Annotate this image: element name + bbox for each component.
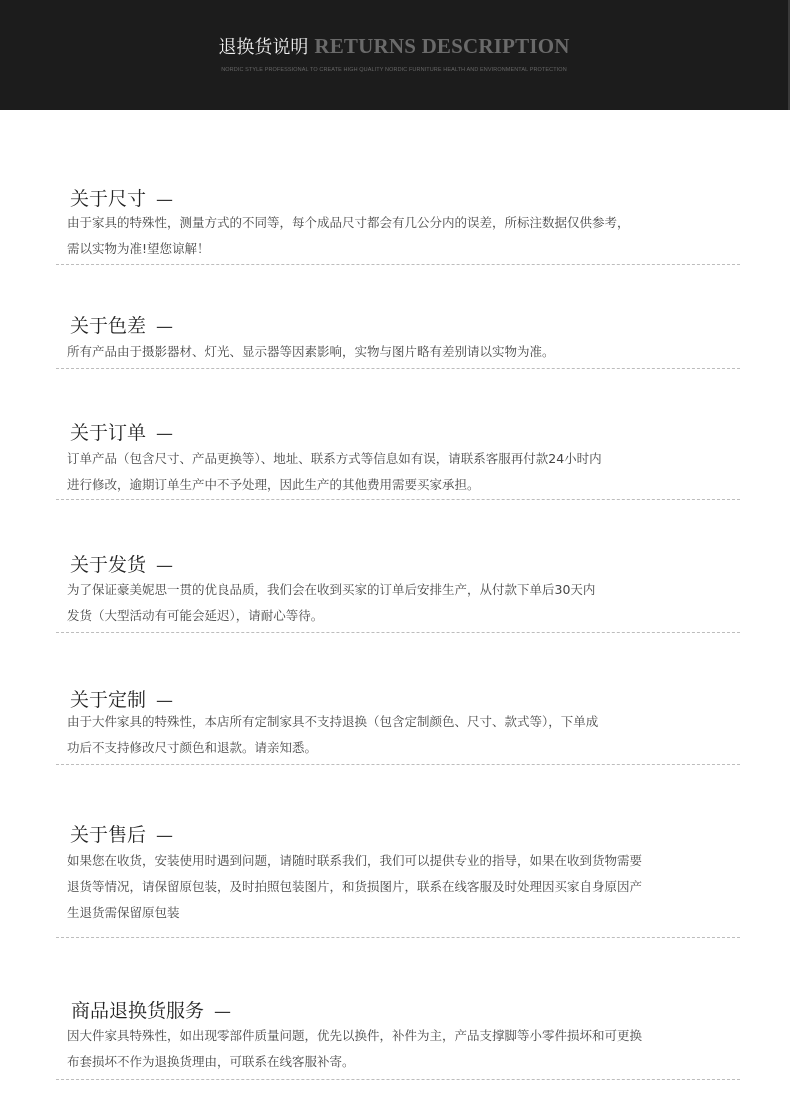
body-line: 发货（大型活动有可能会延迟），请耐心等待。 [67, 603, 747, 629]
title-dash: — [156, 691, 173, 711]
section-body: 由于家具的特殊性，测量方式的不同等，每个成品尺寸都会有几公分内的误差，所标注数据… [67, 210, 747, 262]
body-line: 需以实物为准!望您谅解！ [67, 236, 747, 262]
header-title-cn: 退换货说明 [218, 37, 308, 58]
body-line: 由于家具的特殊性，测量方式的不同等，每个成品尺寸都会有几公分内的误差，所标注数据… [67, 210, 747, 236]
section-divider [56, 1079, 740, 1080]
body-line: 功后不支持修改尺寸颜色和退款。请亲知悉。 [67, 735, 747, 761]
section-title-text: 关于售后 [70, 824, 146, 846]
section-title: 商品退换货服务— [71, 996, 231, 1023]
title-dash: — [156, 556, 173, 576]
header-subtitle: NORDIC STYLE PROFESSIONAL TO CREATE HIGH… [0, 67, 788, 73]
body-line: 为了保证豪美妮思一贯的优良品质，我们会在收到买家的订单后安排生产，从付款下单后3… [67, 577, 747, 603]
page-header: 退换货说明RETURNS DESCRIPTION NORDIC STYLE PR… [0, 0, 790, 110]
section-title-text: 关于色差 [70, 315, 146, 337]
body-line: 退货等情况，请保留原包装，及时拍照包装图片，和货损图片，联系在线客服及时处理因买… [67, 874, 747, 900]
body-line: 由于大件家具的特殊性，本店所有定制家具不支持退换（包含定制颜色、尺寸、款式等），… [67, 709, 747, 735]
body-line: 订单产品（包含尺寸、产品更换等）、地址、联系方式等信息如有误，请联系客服再付款2… [67, 446, 747, 472]
title-dash: — [156, 190, 173, 210]
body-line: 所有产品由于摄影器材、灯光、显示器等因素影响，实物与图片略有差别请以实物为准。 [67, 339, 747, 365]
title-dash: — [156, 424, 173, 444]
header-title-en: RETURNS DESCRIPTION [314, 34, 569, 58]
section-title: 关于发货— [70, 550, 173, 577]
section-body: 为了保证豪美妮思一贯的优良品质，我们会在收到买家的订单后安排生产，从付款下单后3… [67, 577, 747, 629]
section-title: 关于色差— [70, 311, 173, 338]
section-divider [56, 499, 740, 500]
header-title-row: 退换货说明RETURNS DESCRIPTION [0, 33, 788, 59]
section-divider [56, 764, 740, 765]
title-dash: — [156, 826, 173, 846]
section-title: 关于定制— [70, 685, 173, 712]
section-divider [56, 937, 740, 938]
section-title: 关于尺寸— [70, 184, 173, 211]
body-line: 进行修改，逾期订单生产中不予处理，因此生产的其他费用需要买家承担。 [67, 472, 747, 498]
section-divider [56, 264, 740, 265]
body-line: 因大件家具特殊性，如出现零部件质量问题，优先以换件，补件为主，产品支撑脚等小零件… [67, 1023, 747, 1049]
section-title: 关于售后— [70, 820, 173, 847]
section-title-text: 关于尺寸 [70, 188, 146, 210]
title-dash: — [214, 1002, 231, 1022]
section-title: 关于订单— [70, 418, 173, 445]
section-title-text: 关于发货 [70, 554, 146, 576]
section-title-text: 关于定制 [70, 689, 146, 711]
section-body: 因大件家具特殊性，如出现零部件质量问题，优先以换件，补件为主，产品支撑脚等小零件… [67, 1023, 747, 1075]
body-line: 布套损坏不作为退换货理由，可联系在线客服补寄。 [67, 1049, 747, 1075]
body-line: 如果您在收货，安装使用时遇到问题，请随时联系我们，我们可以提供专业的指导，如果在… [67, 848, 747, 874]
body-line: 生退货需保留原包装 [67, 900, 747, 926]
section-body: 如果您在收货，安装使用时遇到问题，请随时联系我们，我们可以提供专业的指导，如果在… [67, 848, 747, 926]
title-dash: — [156, 317, 173, 337]
section-body: 订单产品（包含尺寸、产品更换等）、地址、联系方式等信息如有误，请联系客服再付款2… [67, 446, 747, 498]
section-body: 所有产品由于摄影器材、灯光、显示器等因素影响，实物与图片略有差别请以实物为准。 [67, 339, 747, 365]
section-divider [56, 368, 740, 369]
section-body: 由于大件家具的特殊性，本店所有定制家具不支持退换（包含定制颜色、尺寸、款式等），… [67, 709, 747, 761]
section-title-text: 商品退换货服务 [71, 1000, 204, 1022]
section-title-text: 关于订单 [70, 422, 146, 444]
section-divider [56, 632, 740, 633]
